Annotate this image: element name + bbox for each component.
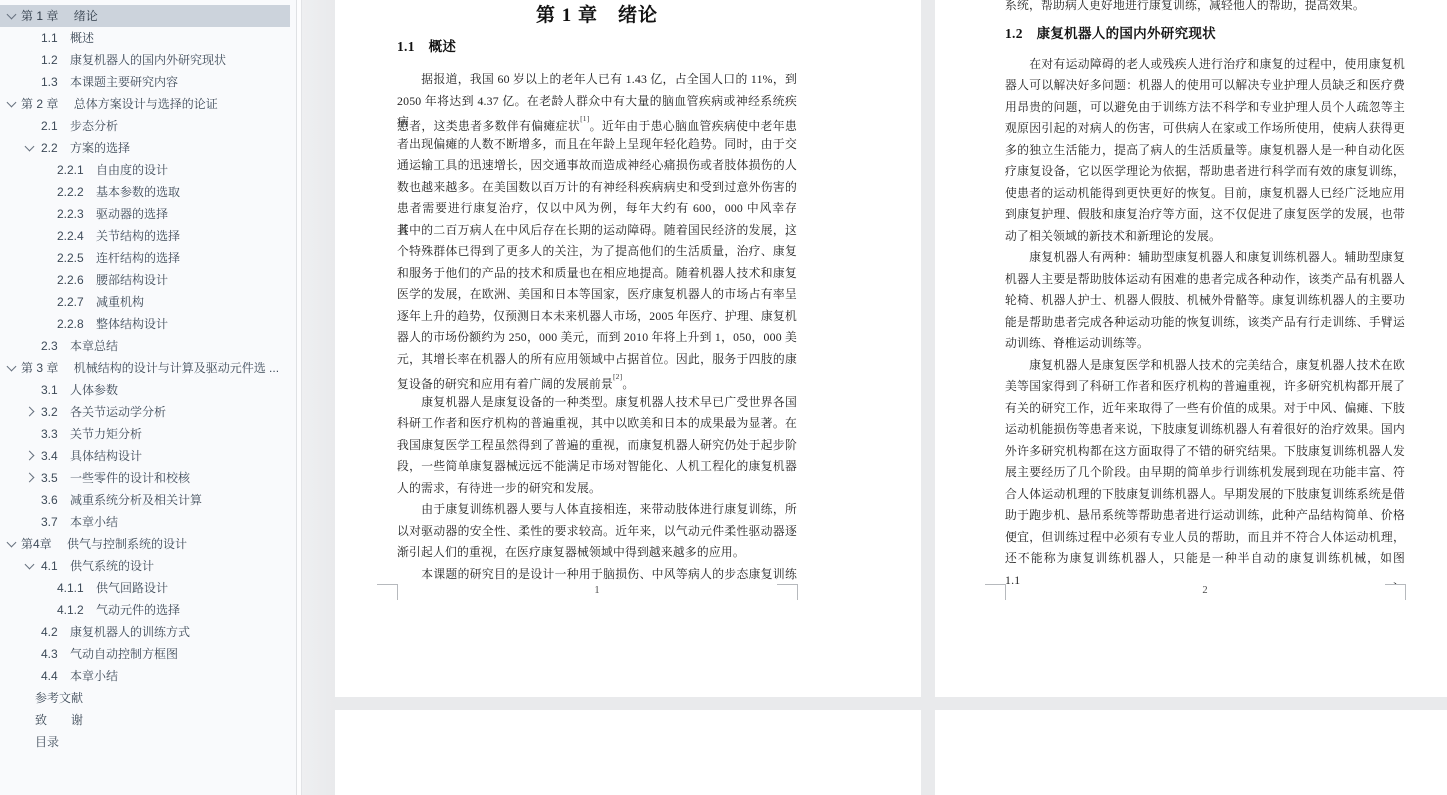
toc-item-label: 气动元件的选择 (96, 603, 180, 617)
toc-item[interactable]: 3.1 人体参数 (0, 379, 290, 401)
text-line: 便宜，但训练过程中必须有专业人员的帮助，而且并不符合人体运动机理， (1005, 527, 1405, 549)
chevron-icon[interactable] (25, 407, 35, 417)
toc-item-label: 概述 (70, 31, 94, 45)
toc-item-number: 2.2 (41, 141, 58, 155)
toc-item[interactable]: 第4章 供气与控制系统的设计 (0, 533, 290, 555)
toc-item-label: 整体结构设计 (96, 317, 168, 331)
toc-item-label: 步态分析 (70, 119, 118, 133)
toc-item-number: 1.2 (41, 53, 58, 67)
text-line: 在对有运动障碍的老人或残疾人进行治疗和康复的过程中，使用康复机 (1005, 54, 1405, 76)
text-line: 器人的市场份额约为 250，000 美元，而到 2010 年将上升到 1，050… (397, 327, 797, 349)
toc-item-label: 供气回路设计 (96, 581, 168, 595)
page-number: 1 (397, 585, 797, 596)
toc-item-label: 驱动器的选择 (96, 207, 168, 221)
text-line: 由于康复训练机器人要与人体直接相连，来带动肢体进行康复训练，所 (397, 499, 797, 521)
toc-item-number: 第 1 章 (21, 9, 58, 23)
toc-item[interactable]: 3.7 本章小结 (0, 511, 290, 533)
toc-item-label: 自由度的设计 (96, 163, 168, 177)
toc-item-label: 连杆结构的选择 (96, 251, 180, 265)
toc-item[interactable]: 2.2.6 腰部结构设计 (0, 269, 290, 291)
text-line: 合人体运动机理的下肢康复训练机器人。早期发展的下肢康复训练系统是借 (1005, 484, 1405, 506)
chevron-icon[interactable] (7, 362, 17, 372)
text-line: 康复机器人是康复医学和机器人技术的完美结合，康复机器人技术在欧 (1005, 355, 1405, 377)
chevron-icon[interactable] (25, 473, 35, 483)
toc-item[interactable]: 4.1.1 供气回路设计 (0, 577, 290, 599)
text-line: 助于跑步机、悬吊系统等帮助患者进行运动训练，此种产品结构简单、价格 (1005, 505, 1405, 527)
toc-item-label: 关节力矩分析 (70, 427, 142, 441)
toc-item-number: 3.2 (41, 405, 58, 419)
toc-item[interactable]: 第 2 章 总体方案设计与选择的论证 (0, 93, 290, 115)
toc-item-number: 2.1 (41, 119, 58, 133)
toc-item-number: 3.1 (41, 383, 58, 397)
toc-item[interactable]: 2.2.4 关节结构的选择 (0, 225, 290, 247)
toc-item-number: 1.1 (41, 31, 58, 45)
toc-item-number: 2.2.3 (57, 207, 84, 221)
toc-item[interactable]: 3.2 各关节运动学分析 (0, 401, 290, 423)
toc-item-label: 一些零件的设计和校核 (70, 471, 190, 485)
toc-item-number: 3.4 (41, 449, 58, 463)
toc-sidebar: 第 1 章 绪论 1.1 概述 1.2 康复机器人的国内外研究现状 1.3 本课… (0, 0, 297, 795)
chevron-icon[interactable] (7, 10, 17, 20)
page-1-text: 第 1 章 绪论1.1 概述 据报道，我国 60 岁以上的老年人已有 1.43 … (397, 0, 797, 585)
text-line: 多的独立生活能力，提高了病人的生活质量等。康复机器人是一种自动化医 (1005, 140, 1405, 162)
toc-item[interactable]: 3.4 具体结构设计 (0, 445, 290, 467)
toc-item-number: 3.5 (41, 471, 58, 485)
chevron-icon[interactable] (7, 98, 17, 108)
page-2: 系统，帮助病人更好地进行康复训练，减轻他人的帮助，提高效果。1.2 康复机器人的… (935, 0, 1447, 697)
margin-corner-mark (985, 584, 1006, 600)
text-line: 逐年上升的趋势，仅预测日本未来机器人市场，2005 年医疗、护理、康复机 (397, 306, 797, 328)
page-3 (335, 710, 921, 795)
toc-item-label: 供气与控制系统的设计 (67, 537, 187, 551)
toc-item[interactable]: 目录 (0, 731, 290, 753)
toc-item-number: 第 3 章 (21, 361, 58, 375)
text-line: 动了相关领域的新技术和新理论的发展。 (1005, 226, 1405, 248)
text-line: 个特殊群体已得到了更多人的关注，为了提高他们的生活质量，治疗、康复 (397, 241, 797, 263)
toc-item-label: 供气系统的设计 (70, 559, 154, 573)
chevron-icon[interactable] (25, 142, 35, 152)
text-line: 观原因引起的对病人的伤害，可供病人在家或工作场所使用，使病人获得更 (1005, 118, 1405, 140)
chapter-title: 第 1 章 绪论 (397, 3, 797, 29)
toc-item[interactable]: 参考文献 (0, 687, 290, 709)
text-line: 据报道，我国 60 岁以上的老年人已有 1.43 亿，占全国人口的 11%，到 (397, 69, 797, 91)
text-line: 康复机器人是康复设备的一种类型。康复机器人技术早已广受世界各国 (397, 392, 797, 414)
toc-item-label: 本章小结 (70, 669, 118, 683)
toc-list: 第 1 章 绪论 1.1 概述 1.2 康复机器人的国内外研究现状 1.3 本课… (0, 0, 290, 753)
toc-item-label: 总体方案设计与选择的论证 (74, 97, 218, 111)
toc-item-label: 康复机器人的国内外研究现状 (70, 53, 226, 67)
toc-item-number: 2.2.1 (57, 163, 84, 177)
toc-item-number: 4.3 (41, 647, 58, 661)
text-line: 人的需求，有待进一步的研究和发展。 (397, 478, 797, 500)
text-line: 和服务于他们的产品的技术和质量也在相应地提高。随着机器人技术和康复 (397, 263, 797, 285)
toc-item-number: 1.3 (41, 75, 58, 89)
text-line: 到康复护理、假肢和康复治疗等方面，这不仅促进了康复医学的发展，也带 (1005, 204, 1405, 226)
text-line: 能是帮助患者完成各种运动功能的恢复训练，该类产品有行走训练、手臂运 (1005, 312, 1405, 334)
canvas-shade (302, 0, 335, 795)
toc-item-number: 4.1 (41, 559, 58, 573)
toc-item-label: 关节结构的选择 (96, 229, 180, 243)
toc-item-label: 减重机构 (96, 295, 144, 309)
text-line: 者出现偏瘫的人数不断增多，而且在年龄上呈现年轻化趋势。同时，由于交 (397, 134, 797, 156)
chevron-icon[interactable] (25, 560, 35, 570)
text-line: 用昂贵的问题，可以避免由于训练方法不科学和专业护理人员个人疏忽等主 (1005, 97, 1405, 119)
toc-item-label: 目录 (35, 735, 59, 749)
toc-item-label: 致 谢 (35, 713, 83, 727)
toc-item-number: 4.1.1 (57, 581, 84, 595)
toc-item-label: 腰部结构设计 (96, 273, 168, 287)
page-number: 2 (1005, 585, 1405, 596)
text-line: 医学的发展，在欧洲、美国和日本等国家，医疗康复机器人的市场占有率呈 (397, 284, 797, 306)
toc-item[interactable]: 4.1.2 气动元件的选择 (0, 599, 290, 621)
section-heading: 1.1 概述 (397, 37, 797, 57)
chevron-icon[interactable] (25, 451, 35, 461)
toc-item[interactable]: 2.1 步态分析 (0, 115, 290, 137)
text-line: 有关的研究工作，近年来取得了一些有价值的成果。对于中风、偏瘫、下肢 (1005, 398, 1405, 420)
toc-item[interactable]: 4.4 本章小结 (0, 665, 290, 687)
text-line: 元，其增长率在机器人的所有应用领域中占据首位。因此，服务于四肢的康 (397, 349, 797, 371)
toc-item-label: 气动自动控制方框图 (70, 647, 178, 661)
text-line: 患者需要进行康复治疗，仅以中风为例，每年大约有 600，000 中风幸存者， (397, 198, 797, 220)
text-line: 数也越来越多。在美国数以百万计的有神经科疾病病史和受到过意外伤害的 (397, 177, 797, 199)
toc-item[interactable]: 2.2.3 驱动器的选择 (0, 203, 290, 225)
pane-divider[interactable] (297, 0, 301, 795)
toc-item[interactable]: 3.6 减重系统分析及相关计算 (0, 489, 290, 511)
text-line: 外许多研究机构都在这方面取得了不错的研究结果。下肢康复训练机器人发 (1005, 441, 1405, 463)
toc-item[interactable]: 2.2.2 基本参数的选取 (0, 181, 290, 203)
toc-item-number: 第 2 章 (21, 97, 58, 111)
text-line: 疗康复设备，它以医学理论为依据，帮助患者进行科学而有效的康复训练， (1005, 161, 1405, 183)
toc-item[interactable]: 2.2.8 整体结构设计 (0, 313, 290, 335)
toc-item-number: 3.6 (41, 493, 58, 507)
text-line: 我国康复医学工程虽然得到了普遍的重视，而康复机器人研究仍处于起步阶 (397, 435, 797, 457)
toc-item[interactable]: 致 谢 (0, 709, 290, 731)
text-line: 其中的二百万病人在中风后存在长期的运动障碍。随着国民经济的发展，这 (397, 220, 797, 242)
text-line: 渐引起人们的重视，在医疗康复器械领域中得到越来越多的应用。 (397, 542, 797, 564)
text-line: 使患者的运动机能得到更快更好的恢复。目前，康复机器人已经广泛地应用 (1005, 183, 1405, 205)
text-line: 患者，这类患者多数伴有偏瘫症状[1]。近年由于患心脑血管疾病使中老年患 (397, 112, 797, 134)
text-line: 康复机器人有两种：辅助型康复机器人和康复训练机器人。辅助型康复 (1005, 247, 1405, 269)
toc-item-label: 参考文献 (35, 691, 83, 705)
text-line: 本课题的研究目的是设计一种用于脑损伤、中风等病人的步态康复训练 (397, 564, 797, 586)
toc-item-label: 减重系统分析及相关计算 (70, 493, 202, 507)
citation-superscript: [1] (580, 114, 589, 123)
toc-item-number: 2.2.2 (57, 185, 84, 199)
page-1: 第 1 章 绪论1.1 概述 据报道，我国 60 岁以上的老年人已有 1.43 … (335, 0, 921, 697)
text-line: 科研工作者和医疗机构的普遍重视，其中以欧美和日本的成果最为显著。在 (397, 413, 797, 435)
text-line: 通运输工具的迅速增长，因交通事故而造成神经心痛损伤或者肢体损伤的人 (397, 155, 797, 177)
toc-item[interactable]: 1.2 康复机器人的国内外研究现状 (0, 49, 290, 71)
page-2-text: 系统，帮助病人更好地进行康复训练，减轻他人的帮助，提高效果。1.2 康复机器人的… (1005, 0, 1405, 570)
toc-item-number: 4.1.2 (57, 603, 84, 617)
toc-item-number: 2.2.5 (57, 251, 84, 265)
toc-item-label: 机械结构的设计与计算及驱动元件选 ... (74, 361, 279, 375)
toc-item-label: 本课题主要研究内容 (70, 75, 178, 89)
toc-item-label: 绪论 (74, 9, 98, 23)
toc-item-label: 各关节运动学分析 (70, 405, 166, 419)
toc-item[interactable]: 2.2.1 自由度的设计 (0, 159, 290, 181)
toc-item[interactable]: 3.3 关节力矩分析 (0, 423, 290, 445)
toc-item-number: 2.2.4 (57, 229, 84, 243)
toc-item[interactable]: 1.1 概述 (0, 27, 290, 49)
text-line: 机器人主要是帮助肢体运动有困难的患者完成各种动作，该类产品有机器人 (1005, 269, 1405, 291)
toc-item[interactable]: 2.2.7 减重机构 (0, 291, 290, 313)
chevron-icon[interactable] (7, 538, 17, 548)
toc-item-number: 3.7 (41, 515, 58, 529)
text-line: 美等国家得到了科研工作者和医疗机构的普遍重视，许多研究机构都开展了 (1005, 376, 1405, 398)
toc-item-label: 方案的选择 (70, 141, 130, 155)
toc-item-label: 人体参数 (70, 383, 118, 397)
toc-item-number: 2.2.7 (57, 295, 84, 309)
text-line: 段，一些简单康复器械远远不能满足市场对智能化、人机工程化的康复机器 (397, 456, 797, 478)
toc-item-number: 2.2.6 (57, 273, 84, 287)
toc-item[interactable]: 1.3 本课题主要研究内容 (0, 71, 290, 93)
toc-item[interactable]: 第 1 章 绪论 (0, 5, 290, 27)
toc-item-label: 本章总结 (70, 339, 118, 353)
toc-item[interactable]: 第 3 章 机械结构的设计与计算及驱动元件选 ... (0, 357, 290, 379)
text-line: 系统，帮助病人更好地进行康复训练，减轻他人的帮助，提高效果。 (1005, 0, 1405, 17)
toc-item-number: 2.3 (41, 339, 58, 353)
toc-item-number: 4.2 (41, 625, 58, 639)
section-heading: 1.2 康复机器人的国内外研究现状 (1005, 24, 1405, 44)
toc-item-number: 4.4 (41, 669, 58, 683)
text-line: 动训练、脊椎运动训练等。 (1005, 333, 1405, 355)
text-line: 轮椅、机器人护士、机器人假肢、机械外骨骼等。康复训练机器人的主要功 (1005, 290, 1405, 312)
text-line: 以对驱动器的安全性、柔性的要求较高。近年来，以气动元件柔性驱动器逐 (397, 521, 797, 543)
text-line: 展主要经历了几个阶段。由早期的简单步行训练机发展到现在功能丰富、符 (1005, 462, 1405, 484)
toc-item-number: 2.2.8 (57, 317, 84, 331)
text-line: 还不能称为康复训练机器人，只能是一种半自动的康复训练机械，如图 1.1、 (1005, 548, 1405, 570)
text-line: 复设备的研究和应用有着广阔的发展前景[2]。 (397, 370, 797, 392)
toc-item[interactable]: 4.1 供气系统的设计 (0, 555, 290, 577)
toc-item-number: 3.3 (41, 427, 58, 441)
toc-item[interactable]: 4.3 气动自动控制方框图 (0, 643, 290, 665)
citation-superscript: [2] (613, 372, 622, 381)
toc-item[interactable]: 2.2.5 连杆结构的选择 (0, 247, 290, 269)
toc-item[interactable]: 2.2 方案的选择 (0, 137, 290, 159)
toc-item-number: 第4章 (21, 537, 52, 551)
document-viewer-window: 第 1 章 绪论 1.1 概述 1.2 康复机器人的国内外研究现状 1.3 本课… (0, 0, 1447, 795)
toc-item-label: 康复机器人的训练方式 (70, 625, 190, 639)
toc-item[interactable]: 4.2 康复机器人的训练方式 (0, 621, 290, 643)
toc-item-label: 基本参数的选取 (96, 185, 180, 199)
toc-item-label: 本章小结 (70, 515, 118, 529)
text-line: 器人可以解决好多问题：机器人的使用可以解决专业护理人员缺乏和医疗费 (1005, 75, 1405, 97)
page-4 (935, 710, 1447, 795)
toc-item[interactable]: 3.5 一些零件的设计和校核 (0, 467, 290, 489)
text-line: 运动机能损伤等患者来说，下肢康复训练机器人有着很好的治疗效果。国内 (1005, 419, 1405, 441)
toc-item[interactable]: 2.3 本章总结 (0, 335, 290, 357)
text-line: 2050 年将达到 4.37 亿。在老龄人群众中有大量的脑血管疾病或神经系统疾病 (397, 91, 797, 113)
toc-item-label: 具体结构设计 (70, 449, 142, 463)
margin-corner-mark (377, 584, 398, 600)
